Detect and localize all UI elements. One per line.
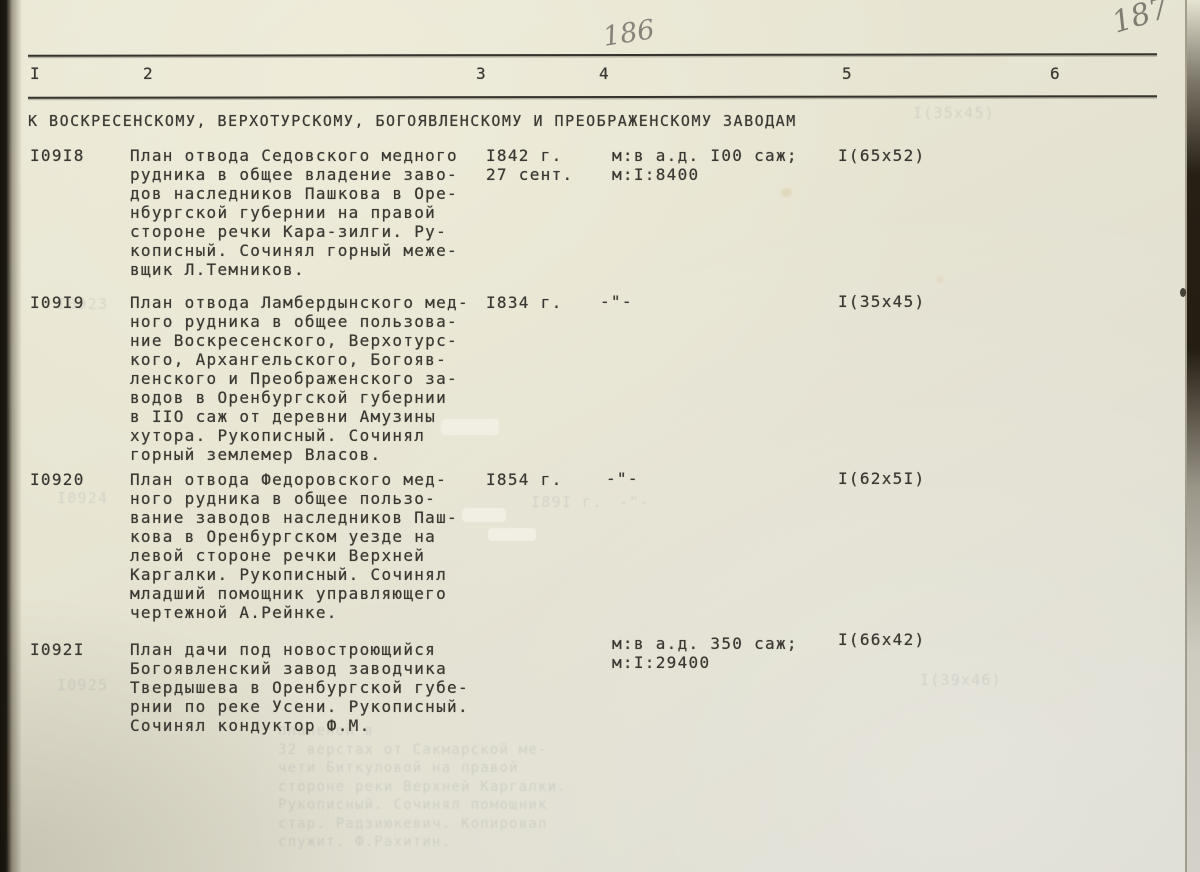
entry-date: I854 г. <box>486 470 563 489</box>
bleedthrough-date-fragment: I89I г. <box>531 493 603 512</box>
ruled-line-top <box>28 53 1157 57</box>
whiteout-patch <box>462 508 506 522</box>
entry-size: I(66x42) <box>838 630 925 649</box>
entry-scale-ditto: -"- <box>606 469 639 488</box>
entry-size: I(65x52) <box>838 146 925 165</box>
ruled-line-bottom <box>28 95 1157 99</box>
page-edge-mark <box>1180 288 1186 297</box>
entry-number: I0920 <box>30 470 85 489</box>
entry-scale-ditto: -"- <box>600 292 633 311</box>
bleedthrough-entry-number: I0925 <box>57 676 108 695</box>
column-number-2: 2 <box>143 64 154 83</box>
entry-description: План отвода Седовского медного рудника в… <box>130 146 458 279</box>
paper-stain <box>781 188 792 197</box>
entry-size: I(62x5I) <box>838 469 925 488</box>
entry-size: I(35x45) <box>838 292 925 311</box>
entry-date: I834 г. <box>486 293 563 312</box>
entry-scale: м:в а.д. I00 саж; м:I:8400 <box>612 146 798 184</box>
page-number-right-handwritten: 187 <box>1108 0 1173 41</box>
page-edge-right-shadow <box>1187 0 1200 872</box>
bleedthrough-size-fragment: I(39x46) <box>920 671 1002 690</box>
bleedthrough-size-fragment: I(35x45) <box>913 104 995 123</box>
entry-scale: м:в а.д. 350 саж; м:I:29400 <box>612 634 798 672</box>
bleedthrough-ditto-fragment: -"- <box>619 493 650 512</box>
column-number-6: 6 <box>1050 64 1061 83</box>
bleedthrough-entry-number: I0924 <box>57 489 108 508</box>
whiteout-patch <box>441 419 499 435</box>
entry-number: I092I <box>30 640 85 659</box>
paper-stain <box>936 276 944 283</box>
section-heading: К ВОСКРЕСЕНСКОМУ, ВЕРХОТУРСКОМУ, БОГОЯВЛ… <box>28 112 797 131</box>
column-number-5: 5 <box>842 64 853 83</box>
entry-description: План отвода Ламбердынского мед- ного руд… <box>130 293 469 464</box>
column-number-3: 3 <box>476 64 487 83</box>
bleedthrough-text-block: планеной в 32 верстах от Сакмарской ме- … <box>278 722 567 852</box>
entry-description: План дачи под новостроющийся Богоявленск… <box>130 640 469 735</box>
page-number-left-handwritten: 186 <box>601 14 657 53</box>
entry-date: I842 г. 27 сент. <box>486 146 573 184</box>
entry-number: I09I8 <box>30 146 85 165</box>
entry-number: I09I9 <box>30 293 85 312</box>
page-edge-left <box>0 0 22 872</box>
scanned-archive-inventory-page: I(35x45) I0923 I0924 I89I г. -"- I0925 I… <box>0 0 1200 872</box>
entry-description: План отвода Федоровского мед- ного рудни… <box>130 470 458 622</box>
column-number-4: 4 <box>599 64 610 83</box>
whiteout-patch <box>488 528 536 541</box>
column-number-1: I <box>30 64 41 83</box>
